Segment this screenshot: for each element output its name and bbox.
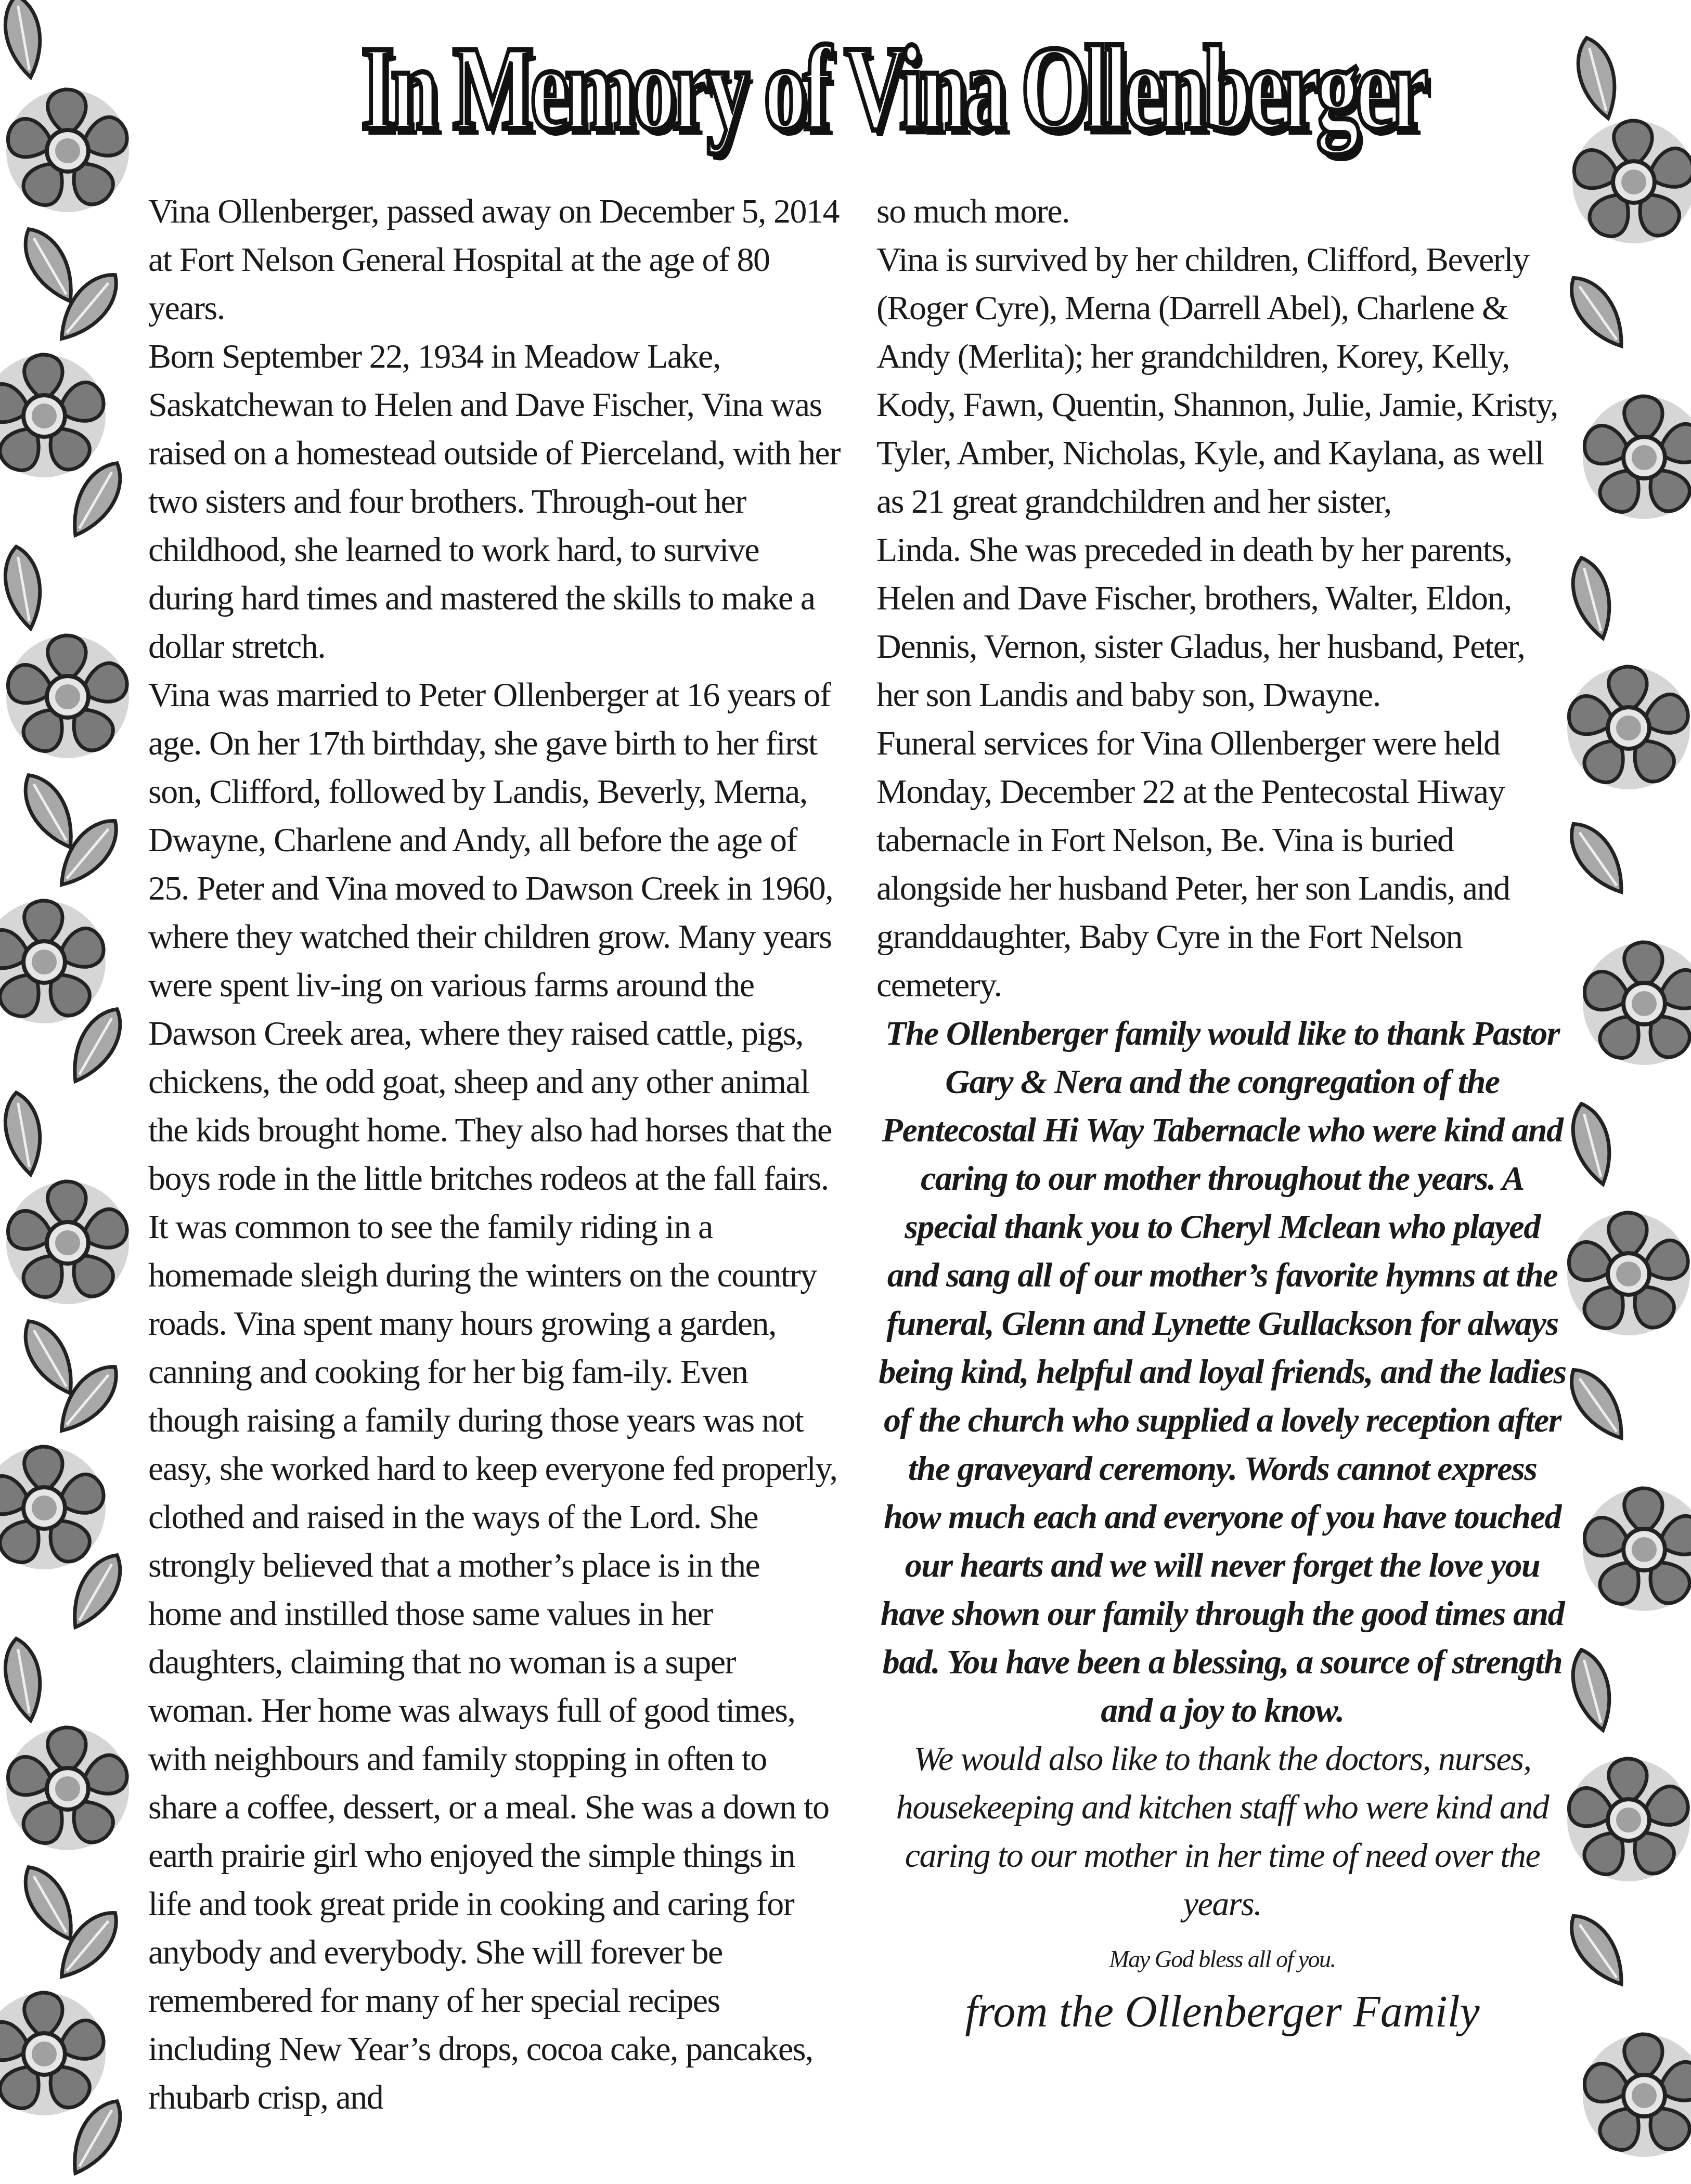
obituary-right-column: so much more. Vina is survived by her ch… xyxy=(876,187,1568,2043)
obituary-paragraph: Born September 22, 1934 in Meadow Lake, … xyxy=(148,332,840,671)
family-signoff: from the Ollenberger Family xyxy=(876,1980,1568,2043)
right-floral-border xyxy=(1556,0,1691,2184)
blessing-line: May God bless all of you. xyxy=(876,1939,1568,1980)
obituary-left-column: Vina Ollenberger, passed away on Decembe… xyxy=(148,187,840,2122)
obituary-paragraph: Vina is survived by her children, Cliffo… xyxy=(876,236,1568,526)
left-floral-border xyxy=(0,0,135,2184)
obituary-paragraph: Funeral services for Vina Ollenberger we… xyxy=(876,719,1568,1009)
flower-border-icon xyxy=(0,0,135,2184)
page-title: In Memory of Vina Ollenberger xyxy=(361,10,1335,166)
staff-thanks: We would also like to thank the doctors,… xyxy=(876,1735,1568,1928)
obituary-paragraph: Linda. She was preceded in death by her … xyxy=(876,526,1568,719)
obituary-paragraph: Vina was married to Peter Ollenberger at… xyxy=(148,671,840,2122)
obituary-paragraph: Vina Ollenberger, passed away on Decembe… xyxy=(148,187,840,332)
family-thanks: The Ollenberger family would like to tha… xyxy=(876,1009,1568,1735)
obituary-paragraph: so much more. xyxy=(876,187,1568,236)
flower-border-icon xyxy=(1556,0,1691,2184)
